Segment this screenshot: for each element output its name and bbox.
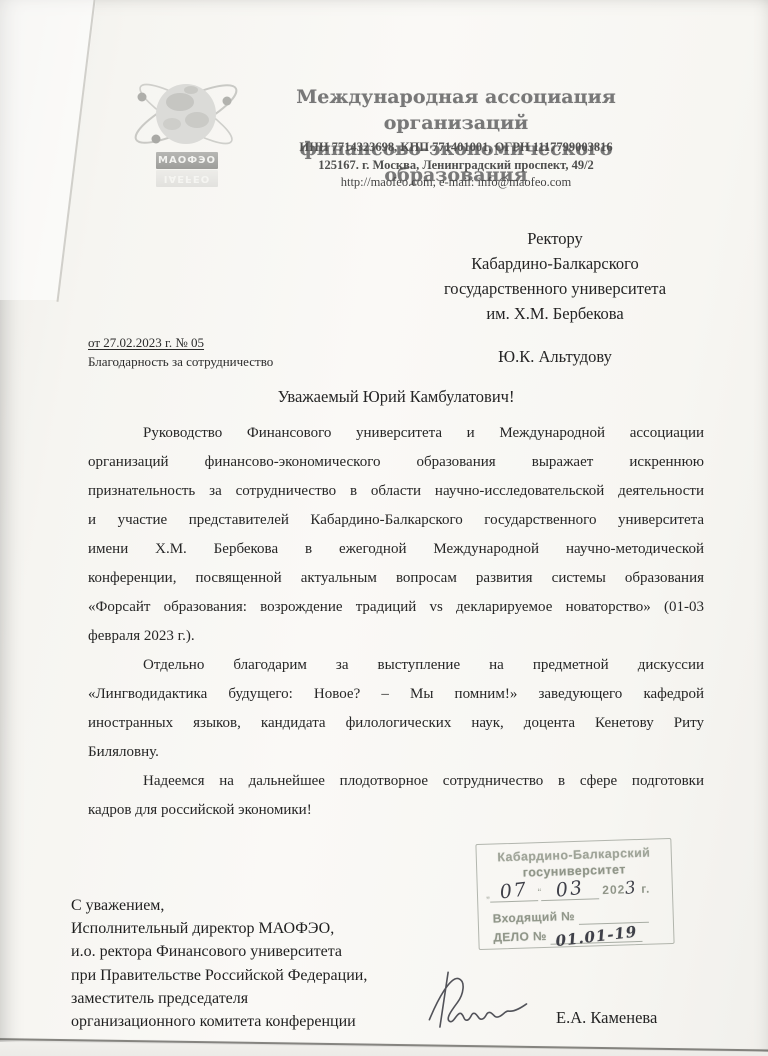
recipient-name: Ю.К. Альтудову: [392, 344, 718, 369]
stamp-case-row: ДЕЛО №01.01-19: [479, 924, 673, 947]
recipient-line: государственного университета: [392, 276, 718, 301]
stamp-date-row: „07“03 2023 г.: [478, 877, 673, 909]
handwritten-signature: [418, 962, 546, 1034]
handwritten-case-number: 01.01-19: [555, 925, 638, 949]
org-requisites: ИНН 7714323698, КПП 771401001, ОГРН 1117…: [238, 139, 674, 192]
stamp-case-label: ДЕЛО №: [493, 929, 547, 945]
recipient-line: им. Х.М. Бербекова: [392, 301, 718, 326]
signature-block: С уважением, Исполнительный директор МАО…: [71, 894, 367, 1033]
paragraph-1: Руководство Финансового университета и М…: [88, 419, 704, 651]
signature-title-line: при Правительстве Российской Федерации,: [71, 964, 367, 987]
signature-closing: С уважением,: [71, 894, 367, 917]
body-line: «Лингводидактика будущего: Новое? – Мы п…: [88, 680, 704, 709]
scanned-letter-screenshot: { "letterhead": { "logo": { "icon": "glo…: [0, 0, 768, 1056]
body-line: организаций финансово-экономического обр…: [88, 448, 704, 477]
body-line: конференции, посвященной актуальным вопр…: [88, 564, 704, 593]
stamp-day-blank: 07: [489, 881, 538, 902]
logo-acronym-ru: МАОФЭО: [156, 152, 218, 169]
reference-date-number: от 27.02.2023 г. № 05: [88, 333, 273, 352]
body-line: Биляловну.: [88, 738, 704, 767]
scan-background: МАОФЭО IAEFEO Международная ассоциация о…: [0, 0, 768, 1056]
recipient-block: Ректору Кабардино-Балкарского государств…: [392, 226, 718, 369]
body-line: и участие представителей Кабардино-Балка…: [88, 506, 704, 535]
stamp-incoming-blank: [579, 909, 649, 925]
page-corner-fold: [0, 0, 110, 300]
stamp-month-blank: 03: [541, 879, 600, 901]
signature-title-line: и.о. ректора Финансового университета: [71, 940, 367, 963]
signer-name: Е.А. Каменева: [556, 1008, 657, 1028]
signature-title-line: заместитель председателя: [71, 987, 367, 1010]
handwritten-month: 03: [555, 879, 585, 901]
paragraph-3: Надеемся на дальнейшее плодотворное сотр…: [88, 767, 704, 825]
reference-block: от 27.02.2023 г. № 05 Благодарность за с…: [88, 333, 273, 371]
reference-subject: Благодарность за сотрудничество: [88, 352, 273, 371]
stamp-quote-open: „: [486, 889, 490, 901]
incoming-stamp: Кабардино-Балкарский госуниверситет „07“…: [475, 838, 674, 950]
globe-orbit-icon: [125, 76, 247, 152]
handwritten-day: 07: [498, 880, 528, 902]
stamp-incoming-label: Входящий №: [493, 909, 576, 926]
body-line: кадров для российской экономики!: [88, 796, 704, 825]
stamp-year-suffix: г.: [641, 882, 651, 896]
body-line: Надеемся на дальнейшее плодотворное сотр…: [88, 767, 704, 796]
stamp-year-prefix: 202: [602, 882, 625, 897]
paragraph-2: Отдельно благодарим за выступление на пр…: [88, 651, 704, 767]
org-contacts: http://maofeo.com, e-mail: info@maofeo.c…: [238, 174, 674, 192]
body-line: признательность за сотрудничество в обла…: [88, 477, 704, 506]
body-line: февраля 2023 г.).: [88, 622, 704, 651]
recipient-line: Ректору: [392, 226, 718, 251]
body-line: Отдельно благодарим за выступление на пр…: [88, 651, 704, 680]
body-line: иностранных языков, кандидата филологиче…: [88, 709, 704, 738]
letter-body: Руководство Финансового университета и М…: [88, 419, 704, 825]
org-logo: МАОФЭО IAEFEO: [125, 76, 247, 157]
stamp-case-blank: 01.01-19: [551, 928, 643, 945]
salutation: Уважаемый Юрий Камбулатович!: [88, 387, 704, 407]
logo-acronym-en-reflection: IAEFEO: [156, 170, 218, 187]
body-line: Руководство Финансового университета и М…: [88, 419, 704, 448]
recipient-line: Кабардино-Балкарского: [392, 251, 718, 276]
signature-title-line: Исполнительный директор МАОФЭО,: [71, 917, 367, 940]
org-name-line1: Международная ассоциация организаций: [238, 84, 674, 136]
handwritten-year-digit: 3: [624, 879, 639, 899]
body-line: имени Х.М. Бербекова в ежегодной Междуна…: [88, 535, 704, 564]
org-requisites-ids: ИНН 7714323698, КПП 771401001, ОГРН 1117…: [238, 139, 674, 157]
body-line: «Форсайт образования: возрождение традиц…: [88, 593, 704, 622]
org-address: 125167. г. Москва, Ленинградский проспек…: [238, 157, 674, 175]
signature-title-line: организационного комитета конференции: [71, 1010, 367, 1033]
